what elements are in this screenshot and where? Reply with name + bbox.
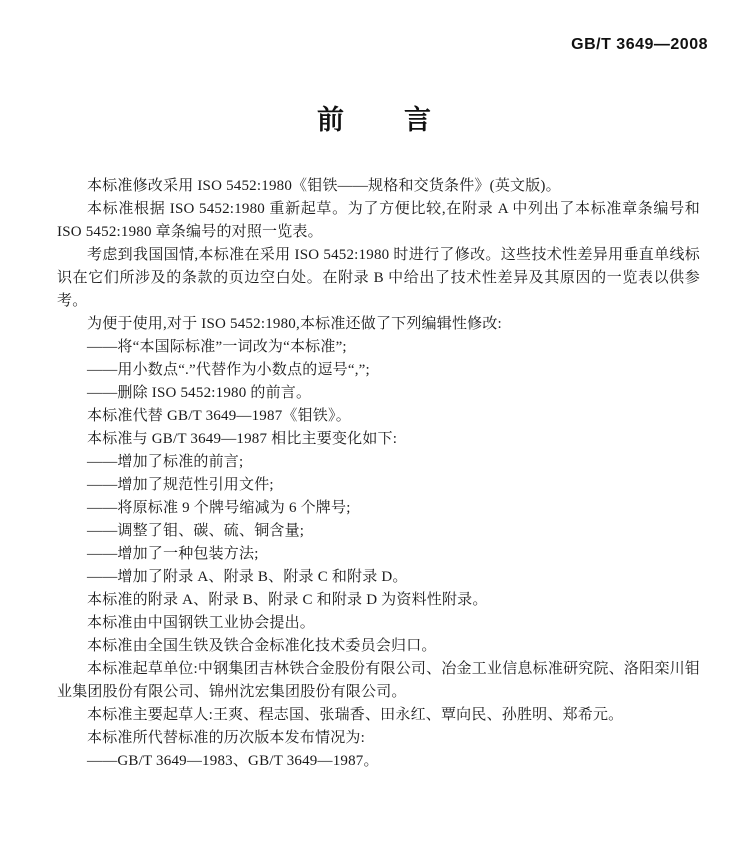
- foreword-list-item: ——GB/T 3649—1983、GB/T 3649—1987。: [57, 750, 700, 773]
- foreword-paragraph: 本标准与 GB/T 3649—1987 相比主要变化如下:: [57, 428, 700, 451]
- foreword-list-item: ——将原标准 9 个牌号缩减为 6 个牌号;: [57, 497, 700, 520]
- foreword-list-item: ——增加了规范性引用文件;: [57, 474, 700, 497]
- foreword-paragraph: 为便于使用,对于 ISO 5452:1980,本标准还做了下列编辑性修改:: [57, 313, 700, 336]
- foreword-paragraph: 本标准的附录 A、附录 B、附录 C 和附录 D 为资料性附录。: [57, 589, 700, 612]
- foreword-paragraph: 本标准根据 ISO 5452:1980 重新起草。为了方便比较,在附录 A 中列…: [57, 198, 700, 244]
- document-page: GB/T 3649—2008 前 言 本标准修改采用 ISO 5452:1980…: [0, 0, 750, 854]
- standard-number: GB/T 3649—2008: [571, 36, 708, 53]
- foreword-list-item: ——增加了标准的前言;: [57, 451, 700, 474]
- foreword-list-item: ——用小数点“.”代替作为小数点的逗号“,”;: [57, 359, 700, 382]
- document-header: GB/T 3649—2008: [0, 0, 750, 54]
- foreword-list-item: ——将“本国际标准”一词改为“本标准”;: [57, 336, 700, 359]
- foreword-paragraph: 本标准由全国生铁及铁合金标准化技术委员会归口。: [57, 635, 700, 658]
- foreword-paragraph: 本标准起草单位:中钢集团吉林铁合金股份有限公司、冶金工业信息标准研究院、洛阳栾川…: [57, 658, 700, 704]
- foreword-content: 本标准修改采用 ISO 5452:1980《钼铁——规格和交货条件》(英文版)。…: [57, 175, 700, 773]
- foreword-paragraph: 考虑到我国国情,本标准在采用 ISO 5452:1980 时进行了修改。这些技术…: [57, 244, 700, 313]
- foreword-list-item: ——增加了附录 A、附录 B、附录 C 和附录 D。: [57, 566, 700, 589]
- foreword-paragraph: 本标准修改采用 ISO 5452:1980《钼铁——规格和交货条件》(英文版)。: [57, 175, 700, 198]
- foreword-paragraph: 本标准由中国钢铁工业协会提出。: [57, 612, 700, 635]
- foreword-list-item: ——增加了一种包装方法;: [57, 543, 700, 566]
- foreword-list-item: ——调整了钼、碳、硫、铜含量;: [57, 520, 700, 543]
- page-title: 前 言: [0, 98, 750, 137]
- foreword-list-item: ——删除 ISO 5452:1980 的前言。: [57, 382, 700, 405]
- foreword-paragraph: 本标准代替 GB/T 3649—1987《钼铁》。: [57, 405, 700, 428]
- foreword-paragraph: 本标准所代替标准的历次版本发布情况为:: [57, 727, 700, 750]
- foreword-paragraph: 本标准主要起草人:王爽、程志国、张瑞香、田永红、覃向民、孙胜明、郑希元。: [57, 704, 700, 727]
